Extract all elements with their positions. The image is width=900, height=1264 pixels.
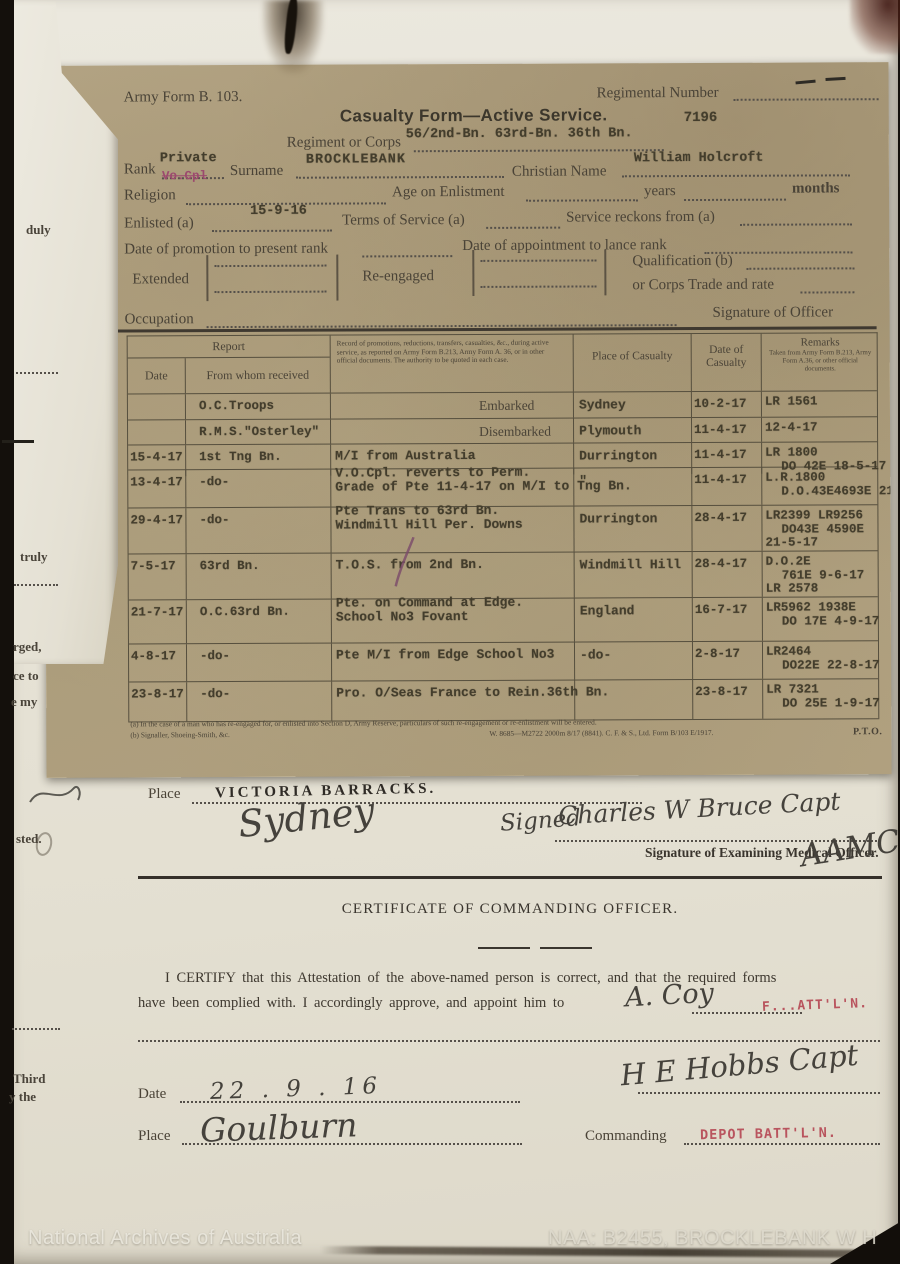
footnote-a: (a) In the case of a man who has re-enga… (130, 716, 882, 728)
form-title: Casualty Form—Active Service. (274, 105, 674, 127)
table-header: Report Date From whom received Record of… (128, 333, 877, 394)
remarks-note: Taken from Army Form B.213, Army Form A.… (762, 348, 879, 374)
cell-place (575, 680, 693, 720)
fragment-dotted-line (14, 584, 58, 586)
page-fragment-text: e my (11, 694, 37, 710)
embarkation-label: Embarked (479, 398, 535, 414)
ink-mark (390, 534, 418, 590)
record-header: Record of promotions, reductions, transf… (331, 335, 574, 393)
table-row: 4-8-17-do-Pte M/I from Edge School No3-d… (129, 641, 878, 682)
cell-from-whom: -do- (186, 470, 331, 508)
cell-report-date: 4-8-17 (129, 644, 187, 681)
cell-casualty-date: 10-2-17 (692, 392, 762, 417)
cell-casualty-date: 2-8-17 (693, 642, 763, 679)
casualty-date-header: Date of Casualty (692, 334, 762, 391)
remark-line: LR 7321 (763, 683, 880, 697)
enlisted-value: 15-9-16 (250, 204, 307, 219)
remark-line: 12-4-17 (762, 421, 879, 435)
archive-reference: NAA: B2455, BROCKLEBANK W H (548, 1227, 877, 1250)
fragment-rule (2, 440, 34, 443)
terms-line (486, 227, 560, 229)
cell-record: Pte M/I from Edge School No3 (332, 643, 575, 681)
pto-label: P.T.O. (853, 727, 882, 736)
cell-casualty-date: 28-4-17 (693, 552, 763, 597)
record-line: Pte Trans to 63rd Bn. (331, 504, 573, 519)
occupation-label: Occupation (125, 311, 194, 328)
page-fragment-text: rged, (13, 639, 42, 655)
terms-label: Terms of Service (a) (342, 212, 465, 230)
med-place-label: Place (148, 786, 180, 803)
cell-casualty-date: 11-4-17 (692, 468, 762, 505)
cell-report-date: 13-4-17 (128, 470, 186, 507)
certificate-title: CERTIFICATE OF COMMANDING OFFICER. (140, 901, 880, 918)
cell-from-whom: O.C.63rd Bn. (187, 600, 332, 644)
cell-remarks: L.R.1800D.O.43E4693E 21-5-17 (762, 467, 879, 505)
cell-record: Embarked (331, 393, 574, 419)
christian-name-line (622, 174, 850, 177)
page-fragment-text: y the (9, 1089, 36, 1105)
record-line: School No3 Fovant (332, 609, 574, 624)
reckons-line (740, 223, 852, 225)
remarks-header-cell: Remarks Taken from Army Form B.213, Army… (762, 333, 879, 391)
report-header-cell: Report Date From whom received (128, 336, 331, 394)
cell-record: Pro. O/Seas France to Rein.36th Bn. (332, 681, 575, 721)
cell-record: Pte Trans to 63rd Bn.Windmill Hill Per. … (331, 507, 574, 553)
reckons-label: Service reckons from (a) (566, 209, 715, 227)
cert-place-label: Place (138, 1128, 170, 1145)
printer-imprint: W. 8685—M2722 2000m 8/17 (8841). C. F. &… (489, 728, 713, 738)
casualty-form-card: Army Form B. 103. Regimental Number Casu… (43, 62, 891, 778)
page-fragment-text: Third (13, 1071, 46, 1087)
cell-place: Windmill Hill (575, 552, 693, 598)
embarkation-label: Disembarked (479, 424, 551, 440)
footnote-b: (b) Signaller, Shoeing-Smith, &c. (130, 730, 230, 739)
casualty-table: Report Date From whom received Record of… (127, 332, 880, 722)
age-label: Age on Enlistment (392, 184, 505, 201)
cell-record: V.O.Cpl. reverts to Perm.Grade of Pte 11… (331, 469, 574, 507)
certificate-body-line2: have been complied with. I accordingly a… (138, 995, 564, 1012)
commanding-line (684, 1143, 880, 1145)
officer-signature-label: Signature of Officer (713, 304, 834, 322)
promotion-line (362, 255, 452, 257)
remark-line: L.R.1800 (762, 471, 879, 485)
promotion-label: Date of promotion to present rank (124, 241, 328, 259)
extended-label: Extended (132, 271, 189, 288)
years-line (684, 199, 786, 201)
remark-line: LR 1800 (762, 446, 879, 460)
bracket (472, 250, 474, 296)
cell-report-date: 29-4-17 (128, 508, 186, 553)
commanding-stamp: DEPOT BATT'L'N. (700, 1125, 837, 1143)
cell-place: Durrington (574, 506, 692, 552)
reengaged-label: Re-engaged (362, 268, 434, 285)
remark-line: D.O.43E4693E 21-5-17 (778, 485, 879, 499)
full-dotted-line (138, 1040, 880, 1042)
months-label: months (792, 180, 840, 197)
regiment-label: Regiment or Corps (287, 134, 401, 151)
record-line: T.O.S. from 2nd Bn. (332, 558, 574, 573)
regimental-number-label: Regimental Number (597, 85, 719, 103)
reengaged-line-2 (480, 285, 596, 288)
rank-label: Rank (124, 161, 156, 178)
reengaged-line-1 (480, 259, 596, 262)
page-fragment-text: duly (26, 222, 51, 238)
cert-place-handwriting: Goulburn (199, 1105, 358, 1149)
cell-casualty-date: 23-8-17 (693, 680, 763, 719)
cell-place: Sydney (574, 392, 692, 418)
service-number: 7196 (684, 110, 718, 126)
cell-casualty-date: 11-4-17 (692, 418, 762, 442)
cell-from-whom: -do- (187, 682, 332, 722)
remark-line: DO 17E 4-9-17 (779, 615, 880, 629)
enlisted-label: Enlisted (a) (124, 215, 194, 232)
fragment-dotted-line (16, 372, 58, 374)
page-fragment-text: ce to (13, 668, 39, 684)
regiment-line (414, 149, 664, 152)
title-dash (540, 947, 592, 949)
place-header: Place of Casualty (574, 334, 692, 392)
years-label: years (644, 183, 676, 200)
cell-remarks: LR2464DO22E 22-8-17 (763, 641, 880, 679)
cell-report-date: 21-7-17 (129, 600, 187, 643)
enlisted-line (212, 230, 332, 233)
pen-mark (825, 77, 845, 81)
remark-line: 21-5-17 (763, 536, 880, 550)
remark-line: 761E 9-6-17 (779, 569, 880, 583)
ink-squiggle (28, 778, 88, 812)
footnotes: (a) In the case of a man who has re-enga… (130, 716, 882, 739)
cell-record: Disembarked (331, 419, 574, 444)
page-fragment-text: sted. (16, 831, 42, 847)
record-line: Pro. O/Seas France to Rein.36th Bn. (332, 686, 574, 701)
rank-struck-value: Vo.Cpl (162, 169, 207, 183)
cell-from-whom: R.M.S."Osterley" (186, 420, 331, 445)
cell-report-date (128, 394, 186, 419)
remark-line: D.O.2E (763, 555, 880, 569)
remark-line: LR2464 (763, 645, 880, 659)
table-row: 7-5-1763rd Bn.T.O.S. from 2nd Bn.Windmil… (129, 551, 878, 600)
cell-remarks: LR 1561 (762, 391, 879, 417)
cell-casualty-date: 28-4-17 (692, 506, 762, 551)
document-scan: Army Form B. 103. Regimental Number Casu… (0, 0, 900, 1264)
qualification-label: Qualification (b) (632, 253, 732, 270)
fragment-dotted-line (12, 1028, 60, 1030)
remark-line: LR2399 LR9256 (762, 509, 879, 523)
surname-label: Surname (230, 163, 283, 180)
cell-from-whom: -do- (186, 508, 331, 554)
record-line: M/I from Australia (331, 449, 573, 464)
christian-name-label: Christian Name (512, 163, 607, 180)
cell-report-date: 23-8-17 (129, 682, 187, 721)
bracket (206, 255, 208, 301)
table-row: O.C.TroopsEmbarkedSydney10-2-17LR 1561 (128, 391, 877, 420)
extended-line-2 (214, 291, 326, 293)
date-header: Date (128, 358, 186, 393)
extended-line-1 (214, 265, 326, 267)
cell-record: Pte. on Command at Edge.School No3 Fovan… (332, 599, 575, 643)
remarks-header: Remarks (762, 333, 879, 349)
remark-line: LR 1561 (762, 395, 879, 409)
regiment-value: 56/2nd-Bn. 63rd-Bn. 36th Bn. (406, 126, 633, 142)
cell-place: -do- (575, 642, 693, 680)
age-line (526, 199, 638, 201)
cell-place: " (574, 468, 692, 506)
cell-report-date (128, 420, 186, 444)
archive-watermark: National Archives of Australia (28, 1227, 302, 1250)
record-line: Grade of Pte 11-4-17 on M/I to Tng Bn. (331, 479, 573, 494)
cell-remarks: LR5962 1938EDO 17E 4-9-17 (763, 597, 880, 641)
cell-remarks: D.O.2E761E 9-6-17LR 2578 (763, 551, 880, 597)
remark-line: DO22E 22-8-17 (779, 659, 880, 673)
remark-line: DO 25E 1-9-17 (779, 697, 880, 711)
pen-mark (795, 80, 815, 84)
table-row: 21-7-17O.C.63rd Bn.Pte. on Command at Ed… (129, 597, 878, 644)
from-header: From whom received (186, 358, 330, 394)
report-header: Report (128, 336, 330, 359)
appointment-handwriting: A. Coy (624, 978, 714, 1014)
remark-line: LR5962 1938E (763, 601, 880, 615)
cell-from-whom: -do- (187, 644, 332, 682)
cell-from-whom: 63rd Bn. (187, 554, 332, 600)
table-row: 13-4-17-do-V.O.Cpl. reverts to Perm.Grad… (128, 467, 877, 508)
cell-remarks: LR 7321DO 25E 1-9-17 (763, 679, 880, 719)
remark-line: DO43E 4590E (778, 523, 879, 537)
surname-value: BROCKLEBANK (306, 152, 406, 167)
cell-record: T.O.S. from 2nd Bn. (332, 553, 575, 599)
bracket (604, 249, 606, 295)
christian-name-value: William Holcroft (634, 151, 764, 167)
record-line: Windmill Hill Per. Downs (331, 517, 573, 532)
record-line: Pte. on Command at Edge. (332, 596, 574, 611)
record-line: Pte M/I from Edge School No3 (332, 648, 574, 663)
table-row: 29-4-17-do-Pte Trans to 63rd Bn.Windmill… (128, 505, 877, 554)
cert-date-label: Date (138, 1086, 166, 1103)
corps-trade-label: or Corps Trade and rate (632, 277, 774, 295)
co-signature-line (638, 1092, 880, 1094)
qualification-line (746, 267, 854, 269)
cell-from-whom: O.C.Troops (186, 394, 331, 420)
cell-report-date: 7-5-17 (129, 554, 187, 599)
page-fragment-text: truly (20, 549, 47, 565)
divider-rule (138, 876, 882, 879)
regimental-number-line (734, 98, 879, 101)
commanding-label: Commanding (585, 1128, 667, 1145)
cell-place: Plymouth (574, 418, 692, 443)
cell-remarks: 12-4-17 (762, 417, 879, 442)
cell-casualty-date: 16-7-17 (693, 598, 763, 641)
remark-line: LR 2578 (763, 582, 880, 596)
surname-line (296, 176, 504, 179)
corps-trade-line (800, 291, 854, 293)
form-number: Army Form B. 103. (124, 89, 243, 107)
table-body: O.C.TroopsEmbarkedSydney10-2-17LR 1561R.… (128, 391, 878, 722)
religion-label: Religion (124, 187, 176, 204)
bracket (336, 255, 338, 301)
table-row: R.M.S."Osterley"DisembarkedPlymouth11-4-… (128, 417, 877, 445)
cell-remarks: LR2399 LR9256DO43E 4590E21-5-17 (762, 505, 879, 551)
cell-place: England (575, 598, 693, 642)
title-dash (478, 947, 530, 949)
rank-value: Private (160, 151, 217, 166)
